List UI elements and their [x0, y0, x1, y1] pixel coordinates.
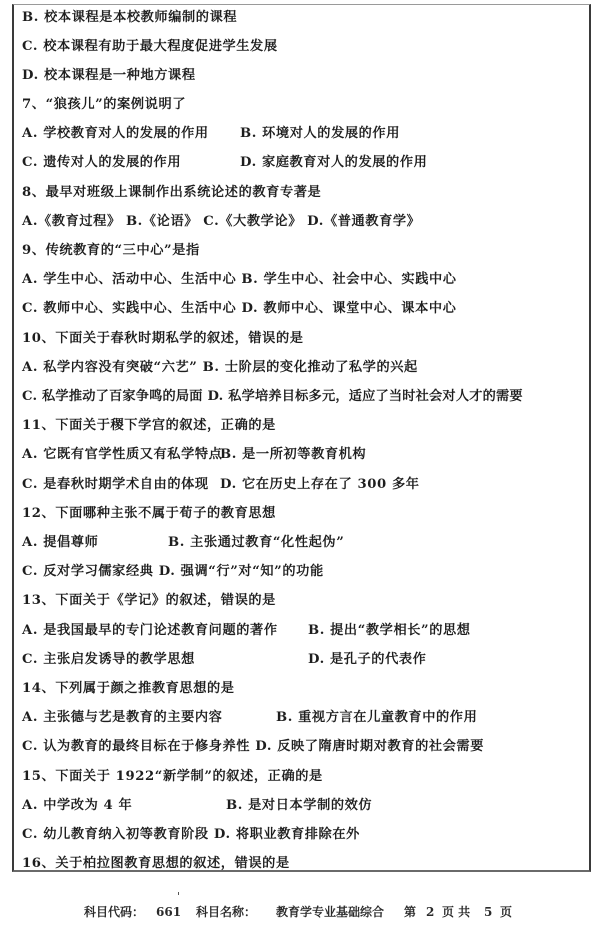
option-7b: B. 环境对人的发展的作用: [240, 123, 400, 145]
page-label-post: 页: [500, 902, 512, 922]
option-11d: D. 它在历史上存在了 300 多年: [220, 474, 420, 496]
options-12cd: C. 反对学习儒家经典 D. 强调“行”对“知”的功能: [22, 561, 324, 583]
question-11: 11、下面关于稷下学宫的叙述，正确的是: [22, 415, 276, 437]
options-14cd: C. 认为教育的最终目标在于修身养性 D. 反映了隋唐时期对教育的社会需要: [22, 736, 484, 758]
options-10cd: C. 私学推动了百家争鸣的局面 D. 私学培养目标多元，适应了当时社会对人才的需…: [22, 386, 523, 408]
option-13a: A. 是我国最早的专门论述教育问题的著作: [22, 620, 278, 642]
options-10ab: A. 私学内容没有突破“六艺” B. 士阶层的变化推动了私学的兴起: [22, 357, 418, 379]
exam-question-box: B. 校本课程是本校教师编制的课程 C. 校本课程有助于最大程度促进学生发展 D…: [12, 4, 591, 872]
page-label-pre: 第: [404, 902, 416, 922]
option-6b: B. 校本课程是本校教师编制的课程: [22, 7, 237, 29]
option-6d: D. 校本课程是一种地方课程: [22, 65, 196, 87]
options-15cd: C. 幼儿教育纳入初等教育阶段 D. 将职业教育排除在外: [22, 824, 360, 846]
options-9cd: C. 教师中心、实践中心、生活中心 D. 教师中心、课堂中心、课本中心: [22, 298, 456, 320]
page-footer: 科目代码： 661 科目名称： 教育学专业基础综合 第 2 页 共 5 页: [0, 902, 604, 922]
option-13c: C. 主张启发诱导的教学思想: [22, 649, 195, 671]
option-12b: B. 主张通过教育“化性起伪”: [168, 532, 344, 554]
option-11c: C. 是春秋时期学术自由的体现: [22, 474, 209, 496]
subject-code: 661: [156, 902, 181, 922]
option-7d: D. 家庭教育对人的发展的作用: [240, 152, 427, 174]
page-label-mid: 页 共: [442, 902, 470, 922]
option-6c: C. 校本课程有助于最大程度促进学生发展: [22, 36, 278, 58]
question-14: 14、下列属于颜之推教育思想的是: [22, 678, 235, 700]
page-current: 2: [426, 902, 434, 922]
subject-name: 教育学专业基础综合: [276, 902, 384, 922]
page-total: 5: [484, 902, 492, 922]
question-10: 10、下面关于春秋时期私学的叙述，错误的是: [22, 328, 304, 350]
option-7c: C. 遗传对人的发展的作用: [22, 152, 181, 174]
scan-speck: [178, 892, 179, 895]
options-8: A.《教育过程》 B.《论语》 C.《大教学论》 D.《普通教育学》: [22, 211, 420, 233]
option-7a: A. 学校教育对人的发展的作用: [22, 123, 209, 145]
option-14a: A. 主张德与艺是教育的主要内容: [22, 707, 222, 729]
option-11a: A. 它既有官学性质又有私学特点: [22, 444, 222, 466]
subject-name-label: 科目名称：: [196, 902, 256, 922]
option-15b: B. 是对日本学制的效仿: [226, 795, 372, 817]
question-15: 15、下面关于 1922“新学制”的叙述，正确的是: [22, 766, 323, 788]
question-9: 9、传统教育的“三中心”是指: [22, 240, 200, 262]
option-13b: B. 提出“教学相长”的思想: [308, 620, 471, 642]
option-13d: D. 是孔子的代表作: [308, 649, 426, 671]
subject-code-label: 科目代码：: [84, 902, 144, 922]
question-12: 12、下面哪种主张不属于荀子的教育思想: [22, 503, 276, 525]
question-13: 13、下面关于《学记》的叙述，错误的是: [22, 590, 276, 612]
question-8: 8、最早对班级上课制作出系统论述的教育专著是: [22, 182, 321, 204]
option-11b: B. 是一所初等教育机构: [220, 444, 366, 466]
option-12a: A. 提倡尊师: [22, 532, 98, 554]
question-7: 7、“狼孩儿”的案例说明了: [22, 94, 186, 116]
question-16: 16、关于柏拉图教育思想的叙述，错误的是: [22, 853, 290, 875]
options-9ab: A. 学生中心、活动中心、生活中心 B. 学生中心、社会中心、实践中心: [22, 269, 457, 291]
option-14b: B. 重视方言在儿童教育中的作用: [276, 707, 477, 729]
option-15a: A. 中学改为 4 年: [22, 795, 132, 817]
